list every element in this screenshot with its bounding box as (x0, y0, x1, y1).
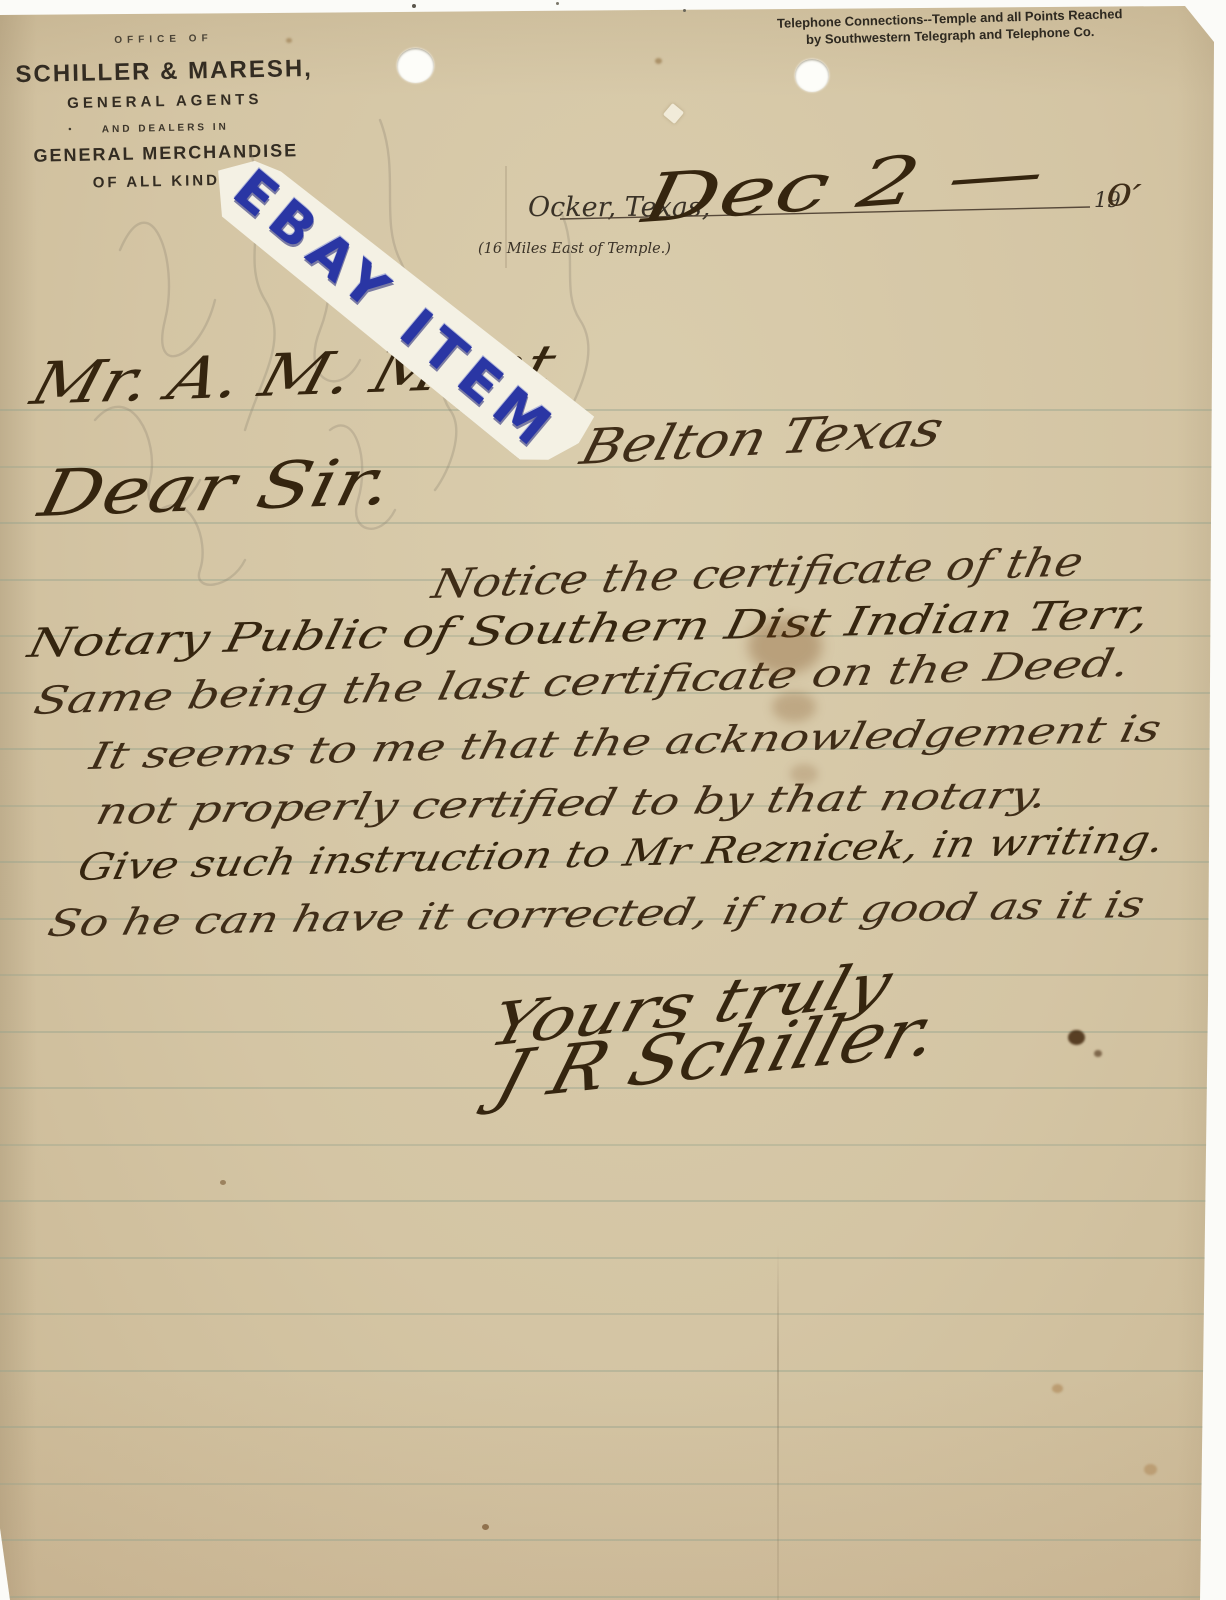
scan-speck (412, 4, 416, 8)
svg-text:Dear Sir.: Dear Sir. (31, 445, 399, 532)
svg-text:So he can have it corrected, i: So he can have it corrected, if not good… (44, 882, 1149, 945)
ink-smudge-stain (772, 692, 816, 722)
salutation: Dear Sir. (31, 445, 399, 532)
foxing-spot (1144, 1464, 1157, 1475)
dark-spot-stain (1094, 1050, 1102, 1057)
recipient-city: Belton Texas (574, 400, 950, 476)
ink-smudge-stain (790, 764, 818, 784)
body-line: So he can have it corrected, if not good… (44, 882, 1149, 945)
scan-speck (683, 9, 686, 12)
body-line: It seems to me that the acknowledgement … (85, 706, 1166, 778)
foxing-spot (482, 1524, 489, 1530)
foxing-spot (1052, 1384, 1063, 1393)
foxing-spot (286, 38, 292, 43)
scan-background: OFFICE OF SCHILLER & MARESH, GENERAL AGE… (0, 0, 1226, 1600)
handwriting-layer: Dec 2 — 0′ Mr. A. M. Mont Belton Texas D… (0, 0, 1226, 1600)
dark-spot-stain (1068, 1030, 1085, 1045)
punch-hole (397, 48, 434, 83)
svg-text:It seems to me that the acknow: It seems to me that the acknowledgement … (85, 706, 1166, 778)
foxing-spot (655, 58, 662, 64)
scan-speck (556, 2, 559, 5)
letter-paper: OFFICE OF SCHILLER & MARESH, GENERAL AGE… (0, 0, 1226, 1600)
foxing-spot (220, 1180, 226, 1185)
ink-smudge-stain (748, 618, 822, 674)
svg-text:Belton Texas: Belton Texas (574, 400, 950, 476)
handwritten-date: Dec 2 — (634, 132, 1051, 238)
handwritten-year-suffix: 0′ (1106, 179, 1142, 214)
punch-hole (795, 59, 829, 92)
svg-text:Dec 2 —: Dec 2 — (634, 132, 1051, 238)
